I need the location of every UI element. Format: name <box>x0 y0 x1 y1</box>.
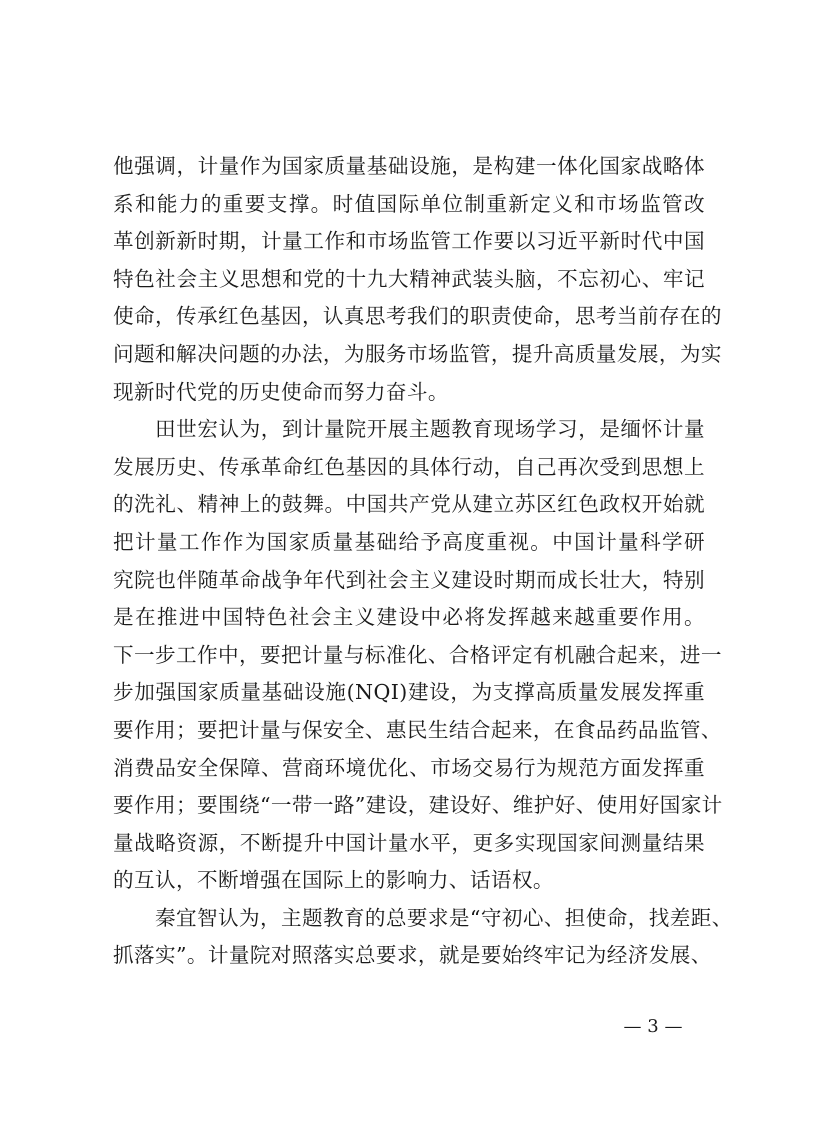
text-line: 田世宏认为，到计量院开展主题教育现场学习，是缅怀计量 <box>113 411 705 449</box>
text-line: 要作用；要围绕“一带一路”建设，建设好、维护好、使用好国家计 <box>113 787 705 825</box>
text-line: 抓落实”。计量院对照落实总要求，就是要始终牢记为经济发展、 <box>113 937 705 975</box>
document-page: 他强调，计量作为国家质量基础设施，是构建一体化国家战略体 系和能力的重要支撑。时… <box>0 0 816 1145</box>
text-line: 秦宜智认为，主题教育的总要求是“守初心、担使命，找差距、 <box>113 900 705 938</box>
text-line: 下一步工作中，要把计量与标准化、合格评定有机融合起来，进一 <box>113 637 705 675</box>
page-number: — 3 — <box>618 1016 688 1042</box>
text-line: 把计量工作作为国家质量基础给予高度重视。中国计量科学研 <box>113 524 705 562</box>
body-text: 他强调，计量作为国家质量基础设施，是构建一体化国家战略体 系和能力的重要支撑。时… <box>113 148 705 975</box>
text-line: 现新时代党的历史使命而努力奋斗。 <box>113 374 705 412</box>
text-line: 究院也伴随革命战争年代到社会主义建设时期而成长壮大，特别 <box>113 562 705 600</box>
text-line: 问题和解决问题的办法，为服务市场监管，提升高质量发展，为实 <box>113 336 705 374</box>
text-line: 的互认，不断增强在国际上的影响力、话语权。 <box>113 862 705 900</box>
text-line: 革创新新时期，计量工作和市场监管工作要以习近平新时代中国 <box>113 223 705 261</box>
text-line: 特色社会主义思想和党的十九大精神武装头脑，不忘初心、牢记 <box>113 261 705 299</box>
text-line: 发展历史、传承革命红色基因的具体行动，自己再次受到思想上 <box>113 449 705 487</box>
text-line: 他强调，计量作为国家质量基础设施，是构建一体化国家战略体 <box>113 148 705 186</box>
text-line: 步加强国家质量基础设施(NQI)建设，为支撑高质量发展发挥重 <box>113 674 705 712</box>
text-line: 使命，传承红色基因，认真思考我们的职责使命，思考当前存在的 <box>113 298 705 336</box>
text-line: 系和能力的重要支撑。时值国际单位制重新定义和市场监管改 <box>113 186 705 224</box>
text-line: 消费品安全保障、营商环境优化、市场交易行为规范方面发挥重 <box>113 750 705 788</box>
text-line: 量战略资源，不断提升中国计量水平，更多实现国家间测量结果 <box>113 825 705 863</box>
text-line: 要作用；要把计量与保安全、惠民生结合起来，在食品药品监管、 <box>113 712 705 750</box>
text-line: 的洗礼、精神上的鼓舞。中国共产党从建立苏区红色政权开始就 <box>113 486 705 524</box>
text-line: 是在推进中国特色社会主义建设中必将发挥越来越重要作用。 <box>113 599 705 637</box>
